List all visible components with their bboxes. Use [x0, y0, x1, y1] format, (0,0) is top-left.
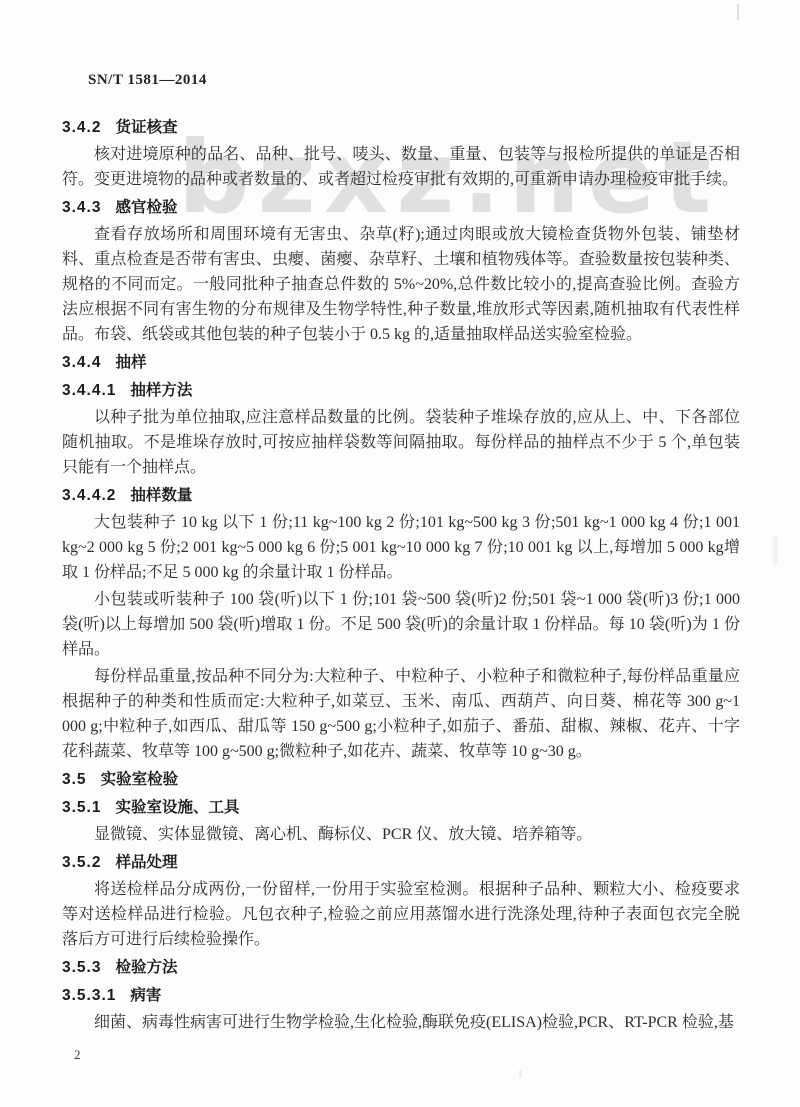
paragraph: 小包装或听装种子 100 袋(听)以下 1 份;101 袋~500 袋(听)2 …: [62, 587, 740, 662]
scan-artifact-right-edge: [773, 535, 778, 565]
section-title: 检验方法: [115, 959, 177, 976]
section-title: 病害: [130, 987, 161, 1004]
section-number: 3.4.3: [62, 199, 101, 216]
section-heading-3.4.2: 3.4.2货证核查: [62, 115, 740, 140]
paragraph: 以种子批为单位抽取,应注意样品数量的比例。袋装种子堆垛存放的,应从上、中、下各部…: [62, 405, 740, 480]
section-number: 3.4.4: [62, 354, 101, 371]
section-number: 3.4.4.2: [62, 487, 116, 504]
scanned-page: bzxz.net SN/T 1581—2014 3.4.2货证核查核对进境原种的…: [0, 0, 800, 1107]
section-number: 3.4.4.1: [62, 382, 116, 399]
section-number: 3.5.1: [62, 799, 101, 816]
section-title: 样品处理: [115, 854, 177, 871]
section-title: 抽样: [115, 354, 146, 371]
section-heading-3.5.1: 3.5.1实验室设施、工具: [62, 795, 740, 820]
section-heading-3.4.4.2: 3.4.4.2抽样数量: [62, 483, 740, 508]
section-heading-3.5.3.1: 3.5.3.1病害: [62, 983, 740, 1008]
section-number: 3.5.3: [62, 959, 101, 976]
paragraph: 核对进境原种的品名、品种、批号、唛头、数量、重量、包装等与报检所提供的单证是否相…: [62, 142, 740, 192]
paragraph: 查看存放场所和周围环境有无害虫、杂草(籽);通过肉眼或放大镜检查货物外包装、铺垫…: [62, 222, 740, 347]
scan-artifact-top-right: [737, 4, 739, 20]
document-sections: 3.4.2货证核查核对进境原种的品名、品种、批号、唛头、数量、重量、包装等与报检…: [62, 115, 740, 1035]
section-number: 3.5.3.1: [62, 987, 116, 1004]
section-number: 3.5.2: [62, 854, 101, 871]
section-title: 实验室检验: [101, 771, 179, 788]
section-heading-3.5.3: 3.5.3检验方法: [62, 955, 740, 980]
section-number: 3.4.2: [62, 119, 101, 136]
standard-code: SN/T 1581—2014: [88, 72, 207, 89]
paragraph: 显微镜、实体显微镜、离心机、酶标仪、PCR 仪、放大镜、培养箱等。: [62, 822, 740, 847]
section-title: 货证核查: [115, 119, 177, 136]
document-content: 3.4.2货证核查核对进境原种的品名、品种、批号、唛头、数量、重量、包装等与报检…: [62, 112, 740, 1063]
scan-artifact-bottom: [519, 1070, 522, 1078]
section-title: 抽样方法: [130, 382, 192, 399]
paragraph: 将送检样品分成两份,一份留样,一份用于实验室检测。根据种子品种、颗粒大小、检疫要…: [62, 877, 740, 952]
paragraph: 每份样品重量,按品种不同分为:大粒种子、中粒种子、小粒种子和微粒种子,每份样品重…: [62, 664, 740, 764]
paragraph: 细菌、病毒性病害可进行生物学检验,生化检验,酶联免疫(ELISA)检验,PCR、…: [62, 1010, 740, 1035]
section-title: 实验室设施、工具: [115, 799, 239, 816]
section-heading-3.4.3: 3.4.3感官检验: [62, 195, 740, 220]
section-heading-3.4.4.1: 3.4.4.1抽样方法: [62, 378, 740, 403]
section-heading-3.4.4: 3.4.4抽样: [62, 350, 740, 375]
section-heading-3.5.2: 3.5.2样品处理: [62, 850, 740, 875]
paragraph: 大包装种子 10 kg 以下 1 份;11 kg~100 kg 2 份;101 …: [62, 510, 740, 585]
page-number: 2: [74, 1047, 740, 1063]
section-heading-3.5: 3.5实验室检验: [62, 767, 740, 792]
section-title: 抽样数量: [130, 487, 192, 504]
section-title: 感官检验: [115, 199, 177, 216]
section-number: 3.5: [62, 771, 87, 788]
